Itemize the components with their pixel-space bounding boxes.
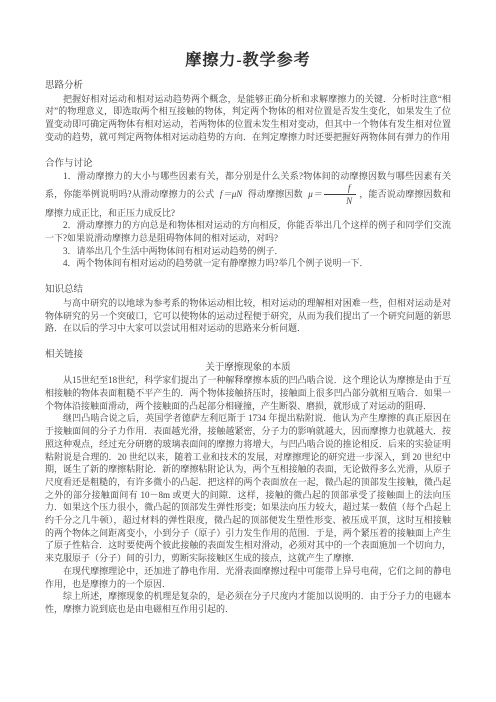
section-heading-discussion: 合作与讨论 <box>45 158 451 171</box>
formula-mu-equals: μ＝ <box>308 189 322 199</box>
formula-f-equals-mu-N: f＝μN <box>220 189 242 199</box>
section-heading-analysis: 思路分析 <box>45 80 451 93</box>
section-analysis: 思路分析 把握好相对运动和相对运动趋势两个概念，是能够正确分析和求解摩擦力的关键… <box>45 80 451 144</box>
analysis-paragraph: 把握好相对运动和相对运动趋势两个概念，是能够正确分析和求解摩擦力的关键．分析时注… <box>45 93 451 144</box>
fraction-numerator: f <box>324 183 356 195</box>
discussion-item-3: 3．请举出几个生活中两物体间有相对运动趋势的例子． <box>45 245 451 258</box>
summary-paragraph: 与高中研究的以地球为参考系的物体运动相比较，相对运动的理解相对困难一些，但相对运… <box>45 297 451 335</box>
section-links: 相关链接 关于摩擦现象的本质 从15世纪至18世纪，科学家们提出了一种解释摩擦本… <box>45 349 451 616</box>
links-paragraph-4: 综上所述，摩擦现象的机理是复杂的，是必须在分子尺度内才能加以说明的．由于分子力的… <box>45 590 451 615</box>
document-page: 摩擦力-教学参考 思路分析 把握好相对运动和相对运动趋势两个概念，是能够正确分析… <box>0 0 496 702</box>
discussion-item-1-text-2: 得动摩擦因数 <box>248 189 303 199</box>
section-summary: 知识总结 与高中研究的以地球为参考系的物体运动相比较，相对运动的理解相对困难一些… <box>45 284 451 335</box>
links-subtitle: 关于摩擦现象的本质 <box>45 362 451 375</box>
discussion-item-4: 4．两个物体间有相对运动的趋势就一定有静摩擦力吗?举几个例子说明一下． <box>45 257 451 270</box>
formula-fraction-f-over-N: fN <box>324 183 356 207</box>
document-title: 摩擦力-教学参考 <box>45 47 451 70</box>
discussion-item-1: 1．滑动摩擦力的大小与哪些因素有关，都分别是什么关系?物体间的动摩擦因数与哪些因… <box>45 170 451 219</box>
fraction-denominator: N <box>324 195 356 206</box>
section-heading-links: 相关链接 <box>45 349 451 362</box>
discussion-item-2: 2．滑动摩擦力的方向总是和物体相对运动的方向相反，你能否举出几个这样的例子和同学… <box>45 219 451 244</box>
section-discussion: 合作与讨论 1．滑动摩擦力的大小与哪些因素有关，都分别是什么关系?物体间的动摩擦… <box>45 158 451 271</box>
links-paragraph-3: 在现代摩擦理论中，还加进了静电作用．光滑表面摩擦过程中可能带上异号电荷，它们之间… <box>45 565 451 590</box>
section-heading-summary: 知识总结 <box>45 284 451 297</box>
links-paragraph-2: 继凹凸啮合说之后，英国学者德萨左利厄斯于 1734 年提出粘附说．他认为产生摩擦… <box>45 412 451 564</box>
links-paragraph-1: 从15世纪至18世纪，科学家们提出了一种解释摩擦本质的凹凸啮合说．这个理论认为摩… <box>45 374 451 412</box>
